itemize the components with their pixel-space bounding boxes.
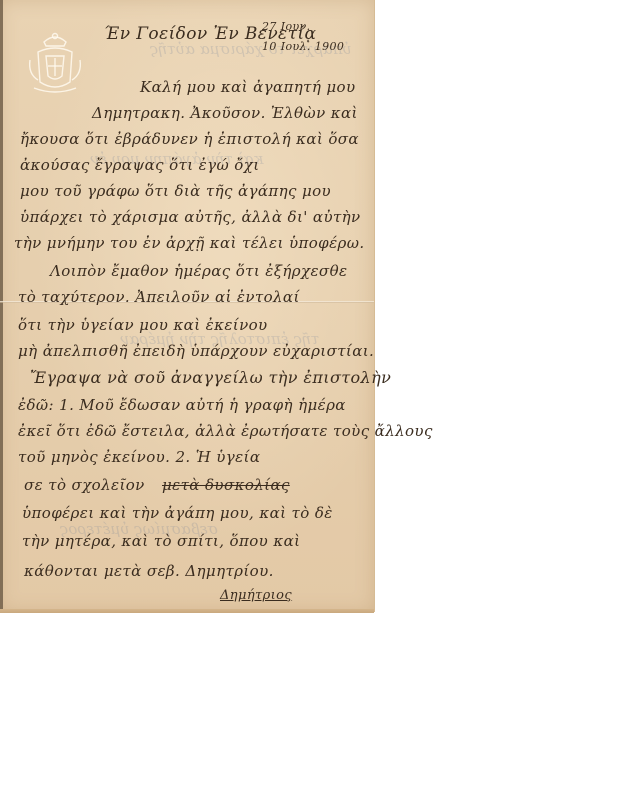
letter-date-line-2: 10 Ιουλ. 1900 (262, 40, 344, 53)
letter-line: ἀκούσας ἔγραψας ὅτι ἐγώ ὄχι (20, 156, 259, 174)
letter-line: ὑπάρχει τὸ χάρισμα αὐτῆς, ἀλλὰ δι' αὐτὴν (20, 208, 361, 226)
letter-signature: Δημήτριος (220, 588, 292, 603)
letter-date-line-1: 27 Ιουν. (262, 20, 311, 33)
embossed-crest-icon (24, 30, 86, 100)
letter-line: Δημητρακη. Ἀκοῦσον. Ἐλθὼν καὶ (92, 104, 358, 122)
letter-line: ἤκουσα ὅτι ἐβράδυνεν ἡ ἐπιστολή καὶ ὅσα (20, 130, 359, 148)
letter-line: τὴν μνήμην του ἐν ἀρχῇ καὶ τέλει ὑποφέρω… (14, 234, 365, 252)
letter-line: ὑποφέρει καὶ τὴν ἀγάπη μου, καὶ τὸ δὲ (22, 504, 333, 522)
letter-line: τὸ ταχύτερον. Ἀπειλοῦν αἱ ἐντολαί (18, 288, 300, 306)
paper-left-edge (0, 0, 3, 612)
letter-salutation: Καλή μου καὶ ἀγαπητή μου (140, 78, 356, 96)
letter-line: μὴ ἀπελπισθῆ ἐπειδὴ ὑπάρχουν εὐχαριστίαι… (18, 342, 374, 360)
letter-line: ἐκεῖ ὅτι ἐδῶ ἔστειλα, ἀλλὰ ἐρωτήσατε τοὺ… (18, 422, 433, 440)
letter-line: Λοιπὸν ἔμαθον ἡμέρας ὅτι ἐξήρχεσθε (50, 262, 347, 280)
letter-sheet: ὑπάρχει τὸ χάρισμα αὐτῆς καὶ τὴν ἀγάπην … (0, 0, 375, 612)
letter-line: τοῦ μηνὸς ἐκείνου. 2. Ἡ ὑγεία (18, 448, 260, 466)
struck-out-word: μετὰ δυσκολίας (162, 476, 290, 494)
letter-line: μου τοῦ γράφω ὅτι διὰ τῆς ἀγάπης μου (20, 182, 331, 200)
letter-line: σε τὸ σχολεῖον (24, 476, 145, 494)
letter-line: Ἔγραψα νὰ σοῦ ἀναγγείλω τὴν ἐπιστολὴν (30, 368, 391, 387)
letter-line: ὅτι τὴν ὑγείαν μου καὶ ἐκείνου (18, 316, 268, 334)
paper-bottom-edge (0, 609, 374, 613)
letter-line: ἐδῶ: 1. Μοῦ ἔδωσαν αὐτή ἡ γραφὴ ἡμέρα (18, 396, 346, 414)
letter-line: τὴν μητέρα, καὶ τὸ σπίτι, ὅπου καὶ (22, 532, 300, 550)
letter-closing-line: κάθονται μετὰ σεβ. Δημητρίου. (24, 562, 274, 580)
